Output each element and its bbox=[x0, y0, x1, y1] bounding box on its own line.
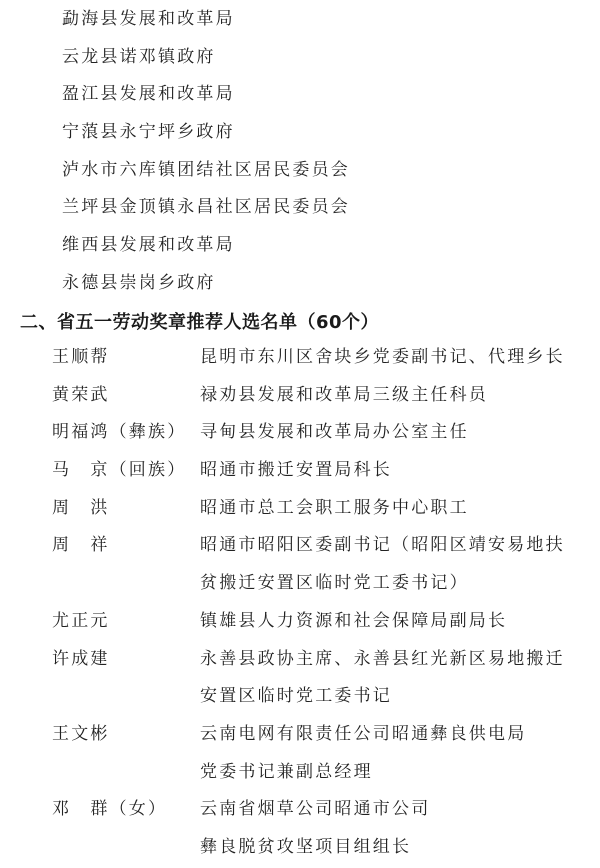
nominee-position: 昆明市东川区舍块乡党委副书记、代理乡长 bbox=[200, 342, 565, 372]
nominee-name: 尤正元 bbox=[52, 606, 110, 636]
organization-item: 宁蒗县永宁坪乡政府 bbox=[62, 117, 350, 155]
nominee-name: 黄荣武 bbox=[52, 380, 110, 410]
nominee-entry: 王文彬 云南电网有限责任公司昭通彝良供电局 党委书记兼副总经理 bbox=[0, 719, 600, 794]
nominee-name: 明福鸿（彝族） bbox=[52, 417, 186, 447]
organization-item: 云龙县诺邓镇政府 bbox=[62, 42, 350, 80]
nominee-name: 王顺帮 bbox=[52, 342, 110, 372]
nominee-entry: 周 洪 昭通市总工会职工服务中心职工 bbox=[0, 493, 600, 531]
nominee-position: 寻甸县发展和改革局办公室主任 bbox=[200, 417, 469, 447]
nominee-position: 昭通市搬迁安置局科长 bbox=[200, 455, 392, 485]
organization-item: 泸水市六库镇团结社区居民委员会 bbox=[62, 155, 350, 193]
nominee-position: 禄劝县发展和改革局三级主任科员 bbox=[200, 380, 488, 410]
nominee-entry: 邓 群（女） 云南省烟草公司昭通市公司 彝良脱贫攻坚项目组组长 bbox=[0, 794, 600, 868]
nominee-position-continued: 安置区临时党工委书记 bbox=[200, 681, 392, 711]
organization-item: 盈江县发展和改革局 bbox=[62, 79, 350, 117]
nominee-name: 周 洪 bbox=[52, 493, 110, 523]
nominee-name: 马 京（回族） bbox=[52, 455, 186, 485]
nominee-position: 云南省烟草公司昭通市公司 bbox=[200, 794, 430, 824]
nominee-position-continued: 党委书记兼副总经理 bbox=[200, 757, 373, 787]
organization-item: 永德县崇岗乡政府 bbox=[62, 268, 350, 306]
nominee-entry: 周 祥 昭通市昭阳区委副书记（昭阳区靖安易地扶 贫搬迁安置区临时党工委书记） bbox=[0, 530, 600, 605]
organization-item: 兰坪县金顶镇永昌社区居民委员会 bbox=[62, 192, 350, 230]
nominee-name: 周 祥 bbox=[52, 530, 110, 560]
nominee-position-continued: 贫搬迁安置区临时党工委书记） bbox=[200, 568, 469, 598]
nominee-entry: 许成建 永善县政协主席、永善县红光新区易地搬迁 安置区临时党工委书记 bbox=[0, 644, 600, 719]
nominee-entry: 尤正元 镇雄县人力资源和社会保障局副局长 bbox=[0, 606, 600, 644]
nominee-entry: 明福鸿（彝族） 寻甸县发展和改革局办公室主任 bbox=[0, 417, 600, 455]
nominee-name: 王文彬 bbox=[52, 719, 110, 749]
nominee-entry: 马 京（回族） 昭通市搬迁安置局科长 bbox=[0, 455, 600, 493]
nominee-position-continued: 彝良脱贫攻坚项目组组长 bbox=[200, 832, 411, 862]
nominee-position: 永善县政协主席、永善县红光新区易地搬迁 bbox=[200, 644, 565, 674]
nominee-name: 许成建 bbox=[52, 644, 110, 674]
nominee-name: 邓 群（女） bbox=[52, 794, 167, 824]
nominee-entry: 黄荣武 禄劝县发展和改革局三级主任科员 bbox=[0, 380, 600, 418]
nominee-position: 昭通市昭阳区委副书记（昭阳区靖安易地扶 bbox=[200, 530, 565, 560]
organization-item: 勐海县发展和改革局 bbox=[62, 4, 350, 42]
nominee-entry: 王顺帮 昆明市东川区舍块乡党委副书记、代理乡长 bbox=[0, 342, 600, 380]
nominee-list: 王顺帮 昆明市东川区舍块乡党委副书记、代理乡长 黄荣武 禄劝县发展和改革局三级主… bbox=[0, 342, 600, 868]
nominee-position: 镇雄县人力资源和社会保障局副局长 bbox=[200, 606, 507, 636]
nominee-position: 昭通市总工会职工服务中心职工 bbox=[200, 493, 469, 523]
organization-item: 维西县发展和改革局 bbox=[62, 230, 350, 268]
organization-list: 勐海县发展和改革局 云龙县诺邓镇政府 盈江县发展和改革局 宁蒗县永宁坪乡政府 泸… bbox=[62, 4, 350, 306]
section-heading: 二、省五一劳动奖章推荐人选名单（60个） bbox=[20, 308, 379, 334]
nominee-position: 云南电网有限责任公司昭通彝良供电局 bbox=[200, 719, 526, 749]
